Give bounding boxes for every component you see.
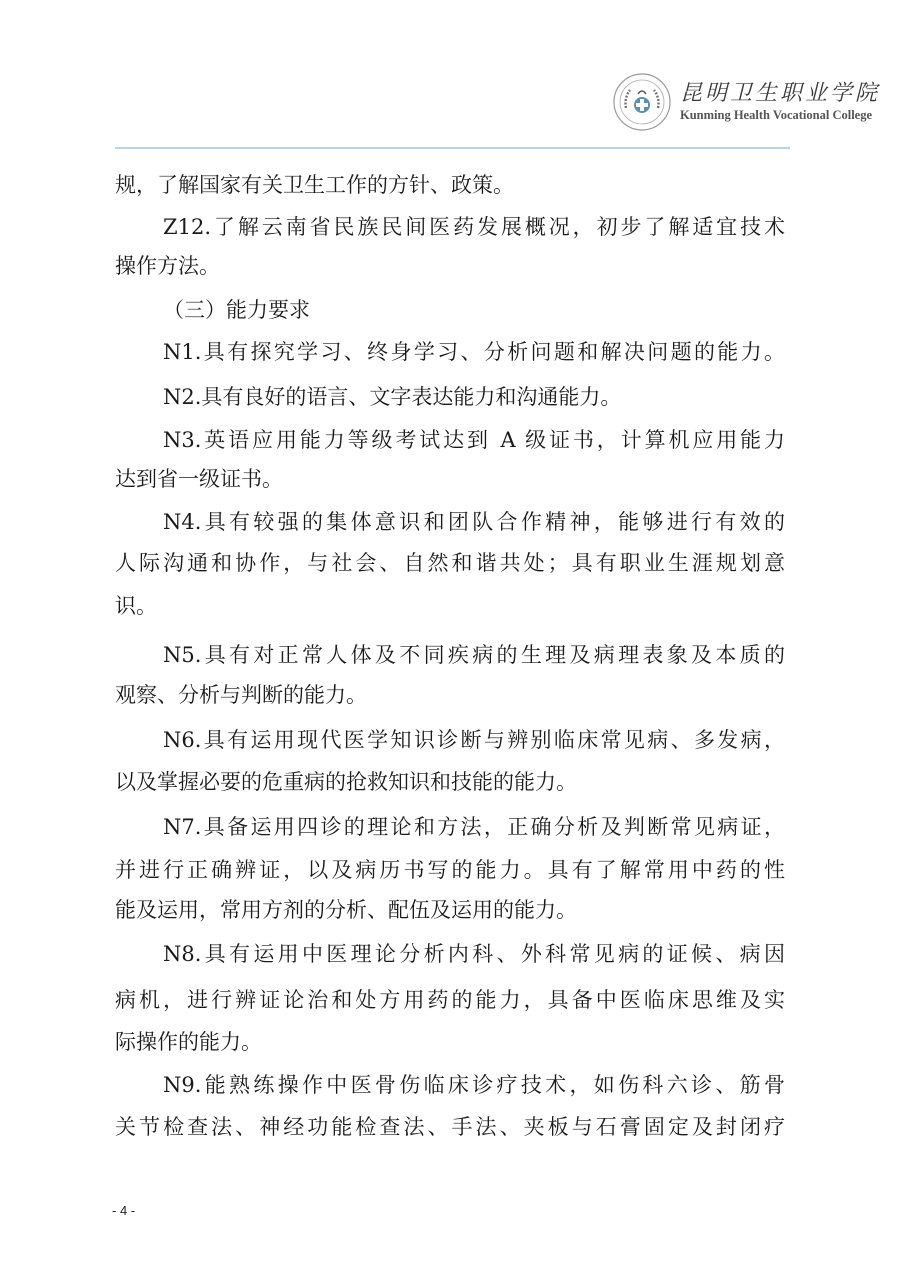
text-line: 能及运用，常用方剂的分析、配伍及运用的能力。 <box>115 897 785 923</box>
text-line: N9.能熟练操作中医骨伤临床诊疗技术，如伤科六诊、筋骨 <box>163 1072 785 1098</box>
college-name-cn: 昆明卫生职业学院 <box>680 76 880 107</box>
college-name-en: Kunming Health Vocational College <box>680 108 872 123</box>
text-line: N5.具有对正常人体及不同疾病的生理及病理表象及本质的 <box>163 642 785 668</box>
text-line: 达到省一级证书。 <box>115 466 785 492</box>
text-line: 操作方法。 <box>115 253 785 279</box>
text-line: N8.具有运用中医理论分析内科、外科常见病的证候、病因 <box>163 941 785 967</box>
text-line: N2.具有良好的语言、文字表达能力和沟通能力。 <box>163 384 785 410</box>
text-line: 识。 <box>115 593 785 619</box>
page-number: - 4 - <box>112 1203 135 1218</box>
text-line: （三）能力要求 <box>163 297 785 323</box>
text-line: N6.具有运用现代医学知识诊断与辨别临床常见病、多发病， <box>163 727 785 753</box>
college-emblem-icon <box>612 72 672 132</box>
text-line: 际操作的能力。 <box>115 1029 785 1055</box>
text-line: N7.具备运用四诊的理论和方法，正确分析及判断常见病证， <box>163 814 785 840</box>
text-line: 观察、分析与判断的能力。 <box>115 682 785 708</box>
text-line: N3.英语应用能力等级考试达到 A 级证书，计算机应用能力 <box>163 427 785 453</box>
text-line: 病机，进行辨证论治和处方用药的能力，具备中医临床思维及实 <box>115 987 785 1013</box>
text-line: 规，了解国家有关卫生工作的方针、政策。 <box>115 172 785 198</box>
header-divider <box>115 147 790 149</box>
text-line: 以及掌握必要的危重病的抢救知识和技能的能力。 <box>115 769 785 795</box>
text-line: 人际沟通和协作，与社会、自然和谐共处；具有职业生涯规划意 <box>115 550 785 576</box>
text-line: N4.具有较强的集体意识和团队合作精神，能够进行有效的 <box>163 509 785 535</box>
text-line: 并进行正确辨证，以及病历书写的能力。具有了解常用中药的性 <box>115 857 785 883</box>
text-line: Z12.了解云南省民族民间医药发展概况，初步了解适宜技术 <box>163 214 785 240</box>
text-line: 关节检查法、神经功能检查法、手法、夹板与石膏固定及封闭疗 <box>115 1114 785 1140</box>
text-line: N1.具有探究学习、终身学习、分析问题和解决问题的能力。 <box>163 339 785 365</box>
